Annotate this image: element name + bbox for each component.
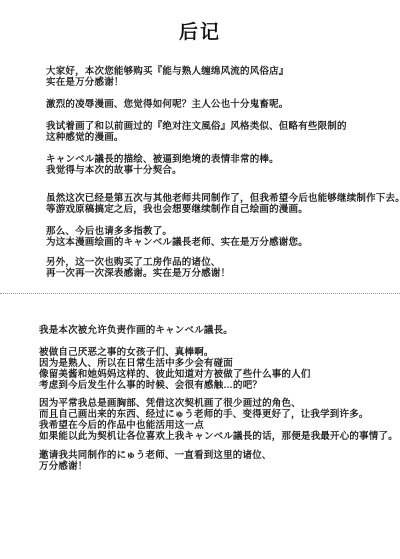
text-line: 我觉得与本次的故事十分契合。 <box>46 165 396 176</box>
paragraph: 大家好，本次您能够购买『能与熟人缠绵风流的风俗店』 实在是万分感谢！ <box>46 66 396 88</box>
text-line: 被做自己厌恶之事的女孩子们、真棒啊。 <box>39 347 398 358</box>
paragraph: 激烈的凌辱漫画、您觉得如何呢？主人公也十分鬼畜呢。 <box>46 99 396 110</box>
text-line: 等游戏原稿搞定之后，我也会想要继续制作自己绘画的漫画。 <box>46 204 396 215</box>
text-line: 大家好，本次您能够购买『能与熟人缠绵风流的风俗店』 <box>46 66 396 77</box>
paragraph: 我是本次被允许负责作画的キャンベル議長。 <box>39 325 398 336</box>
paragraph: 因为平常我总是画胸部、凭借这次契机画了很少画过的角色、 而且自己画出来的东西、经… <box>39 398 398 442</box>
text-line: 像留美酱和她妈妈这样的、彼此知道对方被做了些什么事的人们 <box>39 369 398 380</box>
artist-afterword-section: 我是本次被允许负责作画的キャンベル議長。 被做自己厌恶之事的女孩子们、真棒啊。 … <box>0 325 400 472</box>
text-line: 而且自己画出来的东西、经过にゅう老师的手、变得更好了，让我学到许多。 <box>39 409 398 420</box>
paragraph: 邀请我共同制作的にゅう老师、一直看到这里的诸位、 万分感谢！ <box>39 450 398 472</box>
text-line: 另外，这一次也购买了工房作品的诸位、 <box>46 257 396 268</box>
page-title: 后记 <box>0 0 400 44</box>
text-line: 我是本次被允许负责作画的キャンベル議長。 <box>39 325 398 336</box>
afterword-page: 后记 大家好，本次您能够购买『能与熟人缠绵风流的风俗店』 实在是万分感谢！ 激烈… <box>0 0 400 559</box>
text-line: 邀请我共同制作的にゅう老师、一直看到这里的诸位、 <box>39 450 398 461</box>
text-line: 再一次再一次深表感谢。实在是万分感谢！ <box>46 268 396 279</box>
text-line: 考虑到今后发生什么事的时候、会很有感触…的吧？ <box>39 380 398 391</box>
paragraph: 我试着画了和以前画过的『绝对注文風俗』风格类似、但略有些限制的 这种感觉的漫画。 <box>46 121 396 143</box>
text-line: 这种感觉的漫画。 <box>46 132 396 143</box>
text-line: キャンベル議長的描绘、被逼到绝境的表情非常的棒。 <box>46 154 396 165</box>
text-line: 我希望在今后的作品中也能活用这一点 <box>39 420 398 431</box>
paragraph: キャンベル議長的描绘、被逼到绝境的表情非常的棒。 我觉得与本次的故事十分契合。 <box>46 154 396 176</box>
text-line: 激烈的凌辱漫画、您觉得如何呢？主人公也十分鬼畜呢。 <box>46 99 396 110</box>
text-line: 我试着画了和以前画过的『绝对注文風俗』风格类似、但略有些限制的 <box>46 121 396 132</box>
text-line: 为这本漫画绘画的キャンベル議長老师、实在是万分感谢您。 <box>46 237 396 248</box>
paragraph: 另外，这一次也购买了工房作品的诸位、 再一次再一次深表感谢。实在是万分感谢！ <box>46 257 396 279</box>
paragraph: 那么、今后也请多多指教了。 为这本漫画绘画的キャンベル議長老师、实在是万分感谢您… <box>46 226 396 248</box>
text-line: 因为是熟人、所以在日常生活中多少会有碰面 <box>39 358 398 369</box>
writer-afterword-section: 大家好，本次您能够购买『能与熟人缠绵风流的风俗店』 实在是万分感谢！ 激烈的凌辱… <box>0 66 400 279</box>
text-line: 因为平常我总是画胸部、凭借这次契机画了很少画过的角色、 <box>39 398 398 409</box>
paragraph: 虽然这次已经是第五次与其他老师共同制作了，但我希望今后也能够继续制作下去。 等游… <box>46 193 396 215</box>
text-line: 实在是万分感谢！ <box>46 77 396 88</box>
paragraph: 被做自己厌恶之事的女孩子们、真棒啊。 因为是熟人、所以在日常生活中多少会有碰面 … <box>39 347 398 391</box>
text-line: 如果能以此为契机让各位喜欢上我キャンベル議長的话，那便是我最开心的事情了。 <box>39 431 398 442</box>
text-line: 虽然这次已经是第五次与其他老师共同制作了，但我希望今后也能够继续制作下去。 <box>46 193 396 204</box>
text-line: 那么、今后也请多多指教了。 <box>46 226 396 237</box>
dotted-divider <box>0 293 400 294</box>
text-line: 万分感谢！ <box>39 461 398 472</box>
